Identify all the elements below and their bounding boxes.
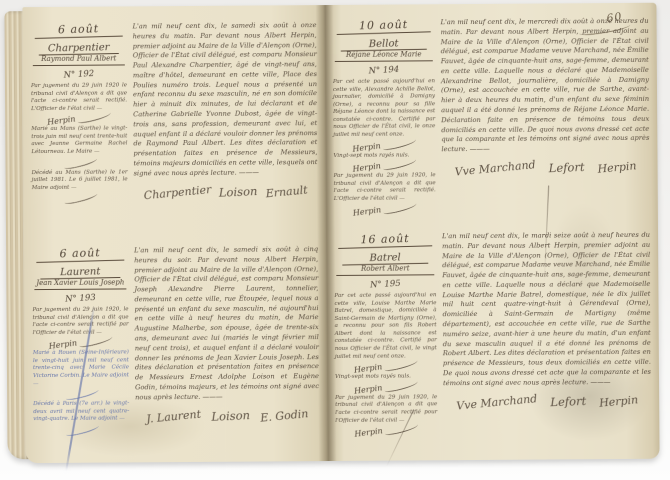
entry-margin-column: 10 août Bellot Réjane Léonce Marie N° 19…	[333, 18, 436, 223]
signature-row: Vve Marchand Lefort Herpin	[442, 161, 650, 175]
signature-row: J. Laurent Loison E. Godin	[135, 409, 319, 423]
entry-date-header: 16 août	[338, 231, 432, 249]
act-body-text: L'an mil neuf cent dix, le samedi six ao…	[134, 245, 319, 403]
signature: Loison	[211, 408, 250, 423]
entry-given-names: Réjane Léonce Marie	[335, 50, 433, 62]
signature: Charpentier	[143, 182, 212, 201]
signature-row: Charpentier Loison Ernault	[134, 185, 318, 199]
marginal-note: Par cet acte passé aujourd'hui en cette …	[333, 78, 435, 139]
register-entry-195: 16 août Batrel Robert Albert N° 195 Par …	[326, 221, 659, 437]
entry-body-column: L'an mil neuf cent dix, le samedi six ao…	[133, 21, 318, 232]
signature-flourish	[65, 386, 100, 401]
register-entry-193: 6 août Laurent Jean Xavier Louis Joseph …	[24, 231, 328, 449]
entry-margin-column: 6 août Charpentier Raymond Paul Albert N…	[31, 22, 128, 233]
entry-body-column: L'an mil neuf cent dix, le samedi six ao…	[134, 245, 319, 448]
signature: Ernault	[265, 183, 308, 200]
register-page-right: 60 10 août Bellot Réjane Léonce Marie N°…	[324, 3, 659, 461]
marginal-note: Par cet acte passé aujourd'hui en cette …	[334, 292, 436, 361]
entry-given-names: Raymond Paul Albert	[33, 54, 125, 66]
act-number: N° 192	[31, 67, 127, 83]
signature-flourish	[63, 155, 98, 170]
signature: Loison	[219, 184, 258, 199]
entry-surname: Charpentier	[39, 42, 119, 56]
register-entry-194: 10 août Bellot Réjane Léonce Marie N° 19…	[324, 3, 658, 223]
entry-body-column: L'an mil neuf cent dix, le mardi seize a…	[442, 231, 651, 438]
signature: E. Godin	[259, 407, 308, 424]
marginal-signature-text: Herpin	[354, 426, 383, 439]
signature: Vve Marchand	[456, 392, 538, 413]
signature: Herpin	[599, 393, 639, 410]
entry-margin-column: 16 août Batrel Robert Albert N° 195 Par …	[334, 232, 437, 438]
signature-flourish	[65, 422, 100, 437]
register-page-left: 6 août Charpentier Raymond Paul Albert N…	[22, 5, 327, 463]
entry-given-names: Robert Albert	[336, 264, 434, 276]
act-body-text: L'an mil neuf cent dix, le samedi six ao…	[133, 21, 318, 179]
signature: J. Laurent	[146, 407, 202, 425]
signature: Lefort	[548, 160, 584, 175]
entry-surname: Laurent	[40, 266, 120, 280]
entry-date-header: 6 août	[36, 246, 124, 263]
act-number: N° 195	[334, 277, 436, 293]
act-body-text: L'an mil neuf cent dix, le mercredi dix …	[441, 17, 650, 155]
entry-margin-column: 6 août Laurent Jean Xavier Louis Joseph …	[32, 246, 129, 449]
entry-given-names: Jean Xavier Louis Joseph	[34, 278, 126, 290]
signature: Lefort	[550, 394, 586, 409]
entry-date-header: 6 août	[34, 22, 122, 39]
register-book: 6 août Charpentier Raymond Paul Albert N…	[4, 3, 659, 464]
act-body-text: L'an mil neuf cent dix, le mardi seize a…	[442, 231, 651, 389]
entry-surname: Batrel	[342, 252, 428, 266]
entry-body-column: L'an mil neuf cent dix, le mercredi dix …	[441, 17, 650, 222]
entry-surname: Bellot	[341, 38, 427, 52]
act-number: N° 194	[333, 63, 435, 79]
scanner-background	[0, 466, 670, 480]
signature: Herpin	[597, 159, 637, 176]
marginal-signature-text: Herpin	[352, 205, 381, 218]
act-number: N° 193	[32, 291, 128, 307]
signature-row: Vve Marchand Lefort Herpin	[443, 394, 651, 408]
signature-flourish	[63, 191, 98, 206]
register-entry-192: 6 août Charpentier Raymond Paul Albert N…	[22, 5, 326, 233]
entry-date-header: 10 août	[336, 17, 430, 35]
marginal-note: Marié au Mans (Sarthe) le vingt-trois ju…	[31, 126, 127, 157]
signature: Vve Marchand	[454, 158, 536, 179]
marginal-note: Marié à Rouen (Seine-Inférieure) le ving…	[33, 350, 129, 389]
